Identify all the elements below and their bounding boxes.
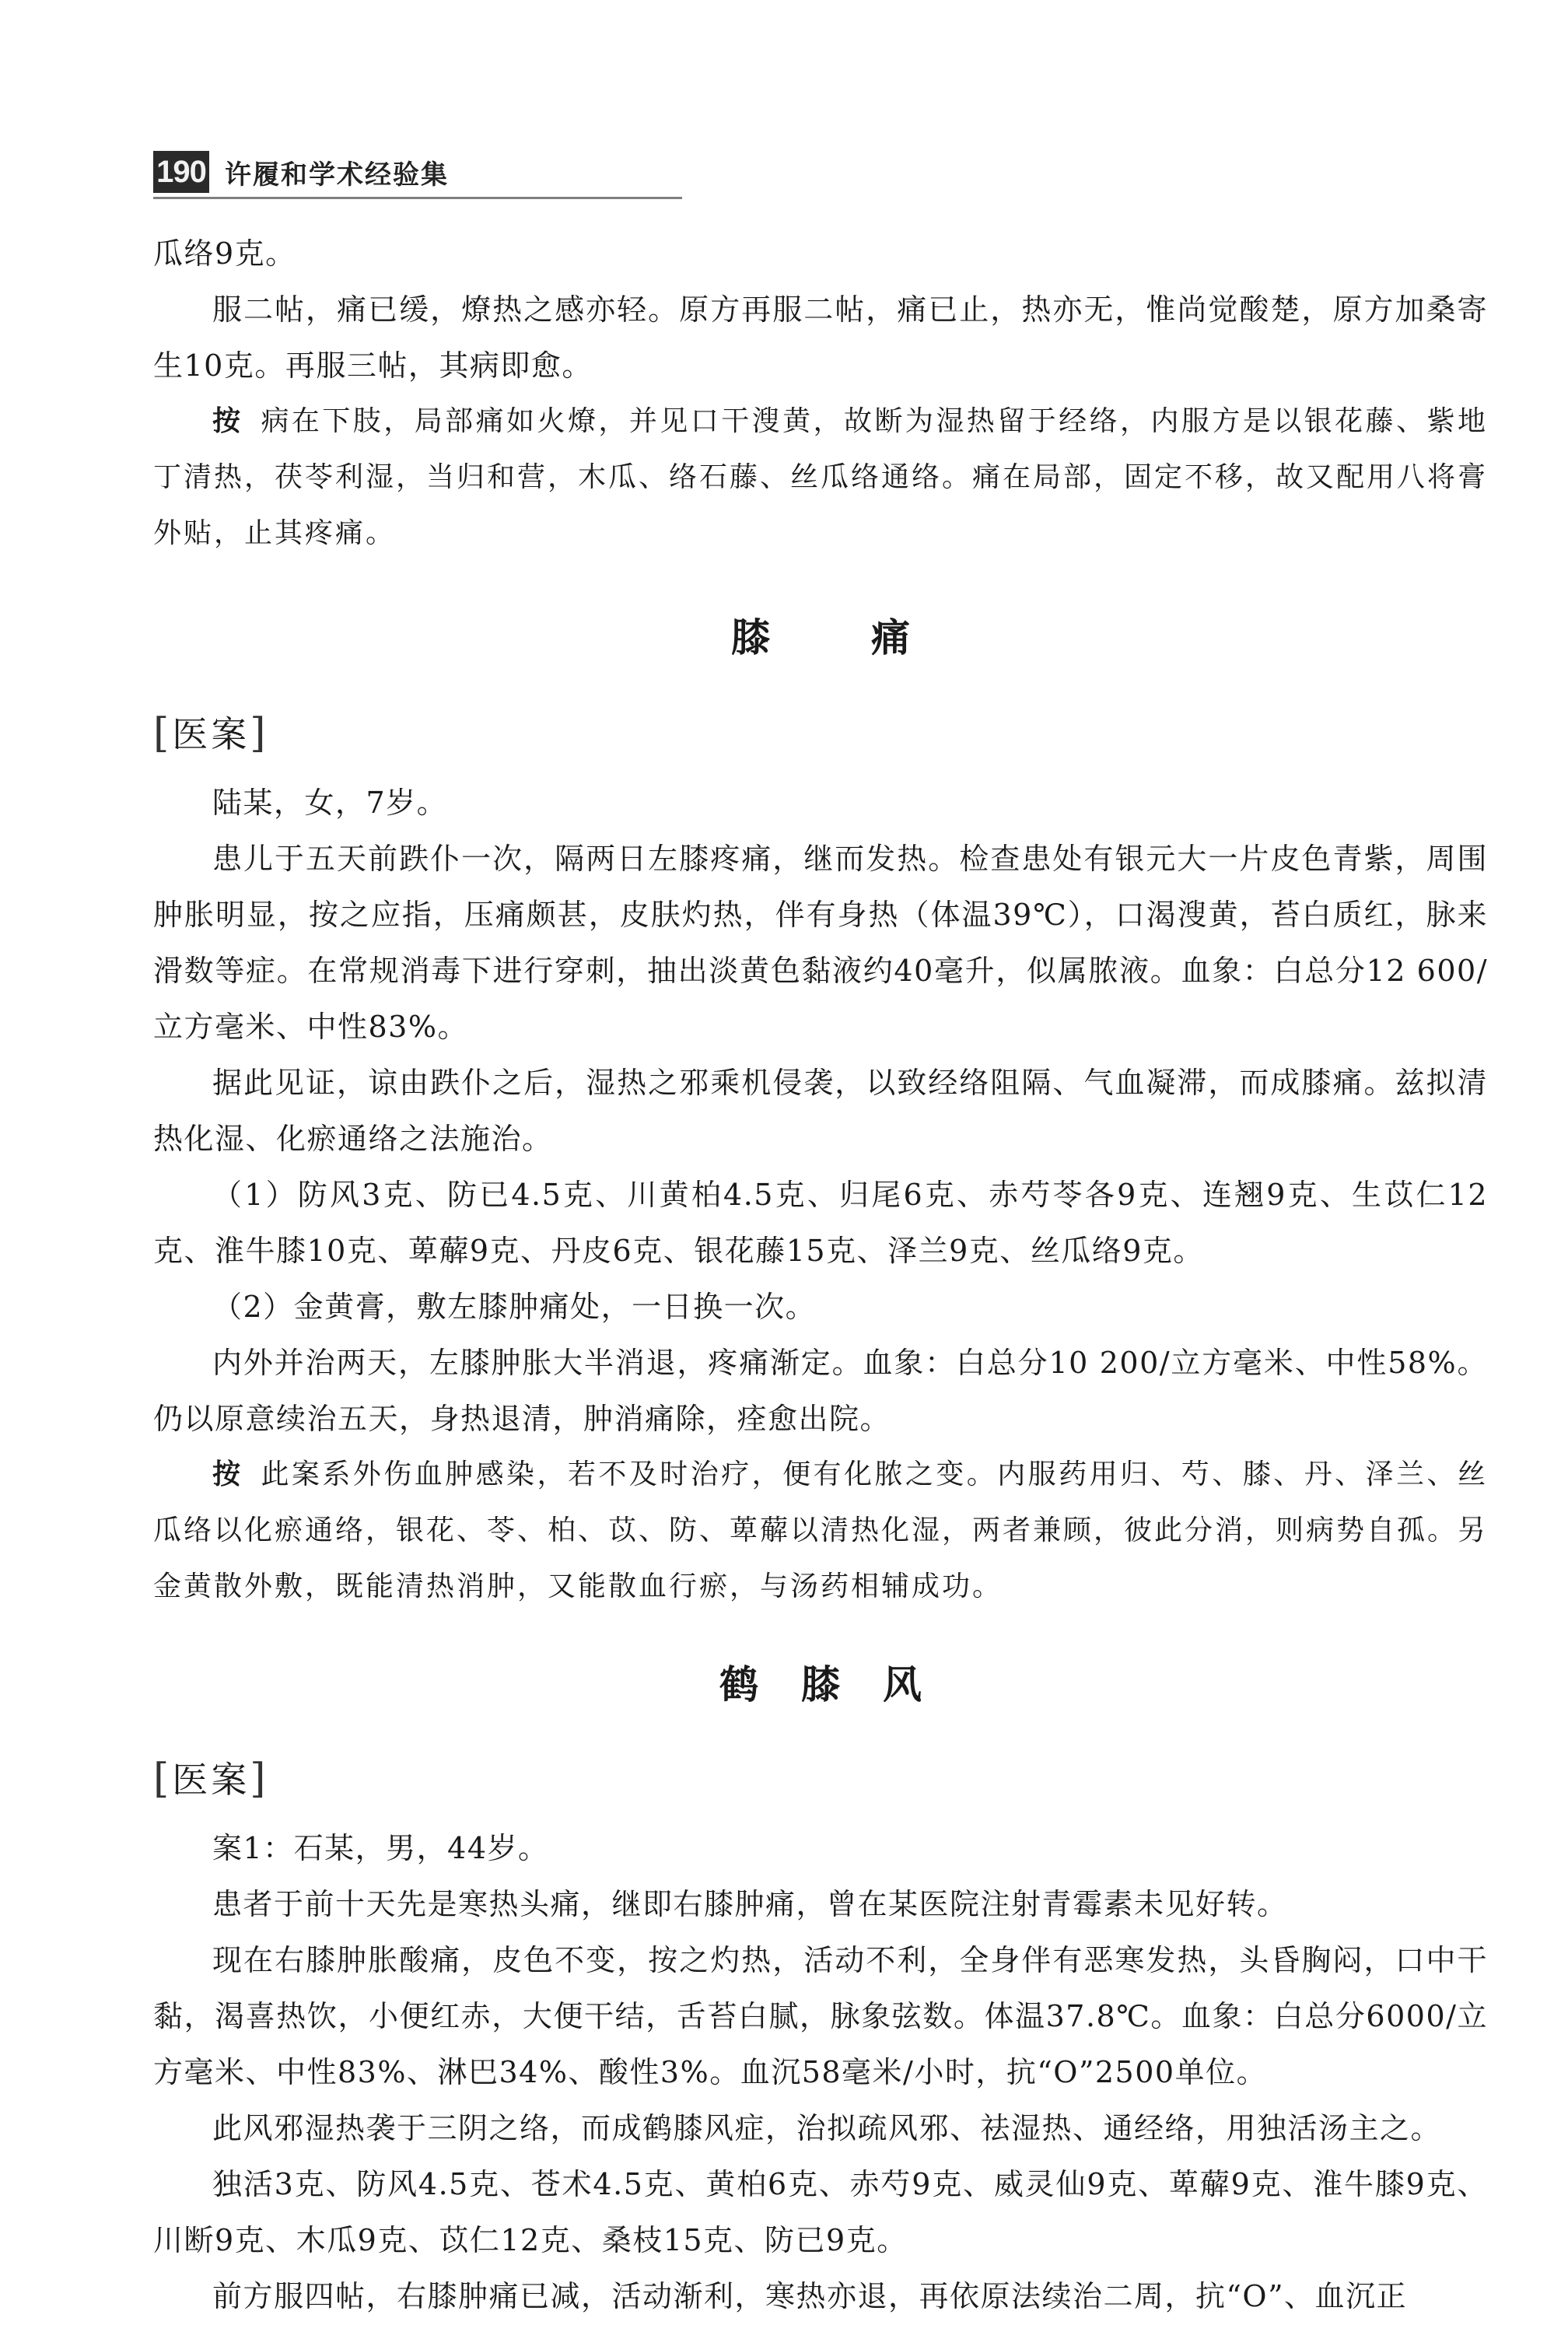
commentary-label: 按 bbox=[212, 405, 240, 437]
commentary: 按病在下肢，局部痛如火燎，并见口干溲黄，故断为湿热留于经络，内服方是以银花藤、紫… bbox=[153, 394, 1488, 562]
patient-info: 案1：石某，男，44岁。 bbox=[153, 1820, 1488, 1876]
running-header: 190 许履和学术经验集 bbox=[153, 150, 449, 194]
paragraph: 服二帖，痛已缓，燎热之感亦轻。原方再服二帖，痛已止，热亦无，惟尚觉酸楚，原方加桑… bbox=[153, 282, 1488, 394]
book-title: 许履和学术经验集 bbox=[225, 153, 449, 191]
commentary-label: 按 bbox=[212, 1458, 240, 1490]
section-title-crane-knee-wind: 鹤膝风 bbox=[153, 1654, 1488, 1710]
paragraph: 前方服四帖，右膝肿痛已减，活动渐利，寒热亦退，再依原法续治二周，抗“O”、血沉正 bbox=[153, 2268, 1488, 2324]
case-heading: [医案] bbox=[153, 1752, 1488, 1803]
section-title-knee-pain: 膝痛 bbox=[153, 607, 1488, 663]
commentary: 按此案系外伤血肿感染，若不及时治疗，便有化脓之变。内服药用归、芍、膝、丹、泽兰、… bbox=[153, 1447, 1488, 1615]
paragraph: 据此见证，谅由跌仆之后，湿热之邪乘机侵袭，以致经络阻隔、气血凝滞，而成膝痛。兹拟… bbox=[153, 1055, 1488, 1167]
paragraph: 内外并治两天，左膝肿胀大半消退，疼痛渐定。血象：白总分10 200/立方毫米、中… bbox=[153, 1335, 1488, 1447]
commentary-text: 病在下肢，局部痛如火燎，并见口干溲黄，故断为湿热留于经络，内服方是以银花藤、紫地… bbox=[153, 405, 1488, 549]
paragraph: 患者于前十天先是寒热头痛，继即右膝肿痛，曾在某医院注射青霉素未见好转。 bbox=[153, 1876, 1488, 1932]
prescription-1: （1）防风3克、防已4.5克、川黄柏4.5克、归尾6克、赤芍苓各9克、连翘9克、… bbox=[153, 1167, 1488, 1279]
book-page: 190 许履和学术经验集 瓜络9克。 服二帖，痛已缓，燎热之感亦轻。原方再服二帖… bbox=[0, 0, 1568, 2325]
paragraph: 患儿于五天前跌仆一次，隔两日左膝疼痛，继而发热。检查患处有银元大一片皮色青紫，周… bbox=[153, 831, 1488, 1055]
page-body: 瓜络9克。 服二帖，痛已缓，燎热之感亦轻。原方再服二帖，痛已止，热亦无，惟尚觉酸… bbox=[153, 226, 1488, 2324]
continued-text: 瓜络9克。 bbox=[153, 226, 1488, 282]
prescription-2: （2）金黄膏，敷左膝肿痛处，一日换一次。 bbox=[153, 1279, 1488, 1335]
page-number: 190 bbox=[153, 151, 209, 193]
prescription: 独活3克、防风4.5克、苍术4.5克、黄柏6克、赤芍9克、威灵仙9克、萆薢9克、… bbox=[153, 2156, 1488, 2268]
header-rule bbox=[153, 197, 682, 199]
patient-info: 陆某，女，7岁。 bbox=[153, 775, 1488, 831]
paragraph: 现在右膝肿胀酸痛，皮色不变，按之灼热，活动不利，全身伴有恶寒发热，头昏胸闷，口中… bbox=[153, 1932, 1488, 2100]
case-heading: [医案] bbox=[153, 706, 1488, 758]
paragraph: 此风邪湿热袭于三阴之络，而成鹤膝风症，治拟疏风邪、祛湿热、通经络，用独活汤主之。 bbox=[153, 2100, 1488, 2156]
commentary-text: 此案系外伤血肿感染，若不及时治疗，便有化脓之变。内服药用归、芍、膝、丹、泽兰、丝… bbox=[153, 1458, 1488, 1602]
